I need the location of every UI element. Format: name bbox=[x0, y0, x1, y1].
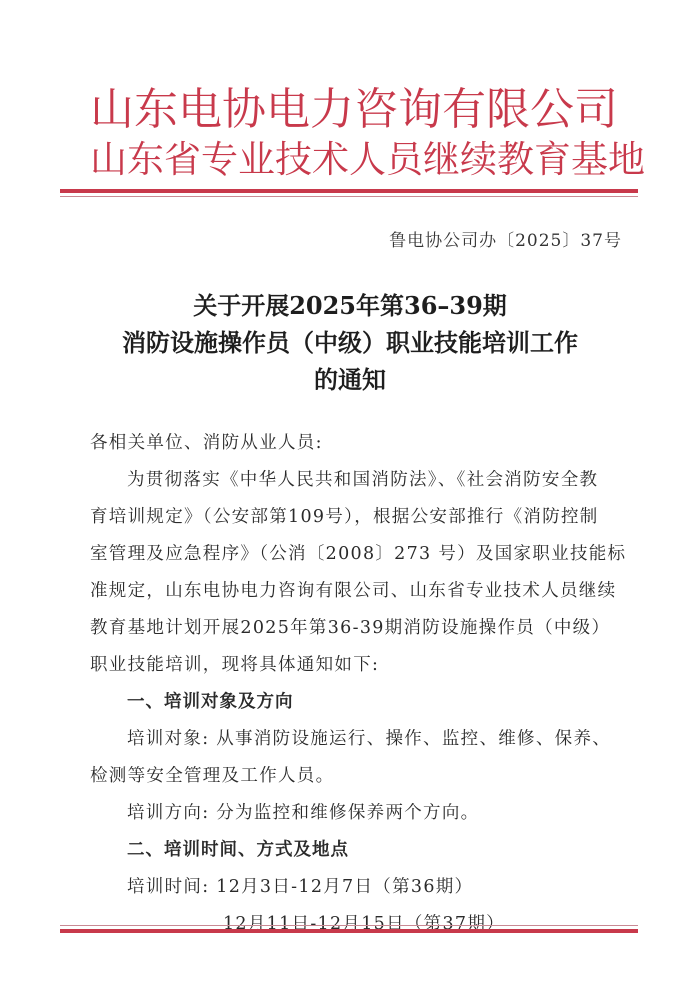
section-1-heading: 一、培训对象及方向 bbox=[127, 688, 294, 713]
header-rule-thin bbox=[60, 196, 638, 197]
intro-line: 职业技能培训，现将具体通知如下: bbox=[90, 651, 379, 676]
training-target-line: 培训对象: 从事消防设施运行、操作、监控、维修、保养、 bbox=[127, 725, 611, 750]
section-2-heading: 二、培训时间、方式及地点 bbox=[127, 836, 349, 861]
intro-line: 教育基地计划开展2025年第36-39期消防设施操作员（中级） bbox=[90, 614, 610, 639]
title-line-2: 消防设施操作员（中级）职业技能培训工作 bbox=[0, 323, 700, 358]
header-rule-thick bbox=[60, 189, 638, 193]
footer-rule-thick bbox=[60, 929, 638, 933]
training-time-label: 培训时间: bbox=[127, 877, 216, 897]
training-direction: 培训方向: 分为监控和维修保养两个方向。 bbox=[127, 799, 479, 824]
training-session: 12月3日-12月7日（第36期） bbox=[216, 877, 473, 897]
document-number: 鲁电协公司办〔2025〕37号 bbox=[389, 226, 622, 251]
intro-line: 室管理及应急程序》（公消〔2008〕273 号）及国家职业技能标 bbox=[90, 540, 626, 565]
title-line-3: 的通知 bbox=[0, 360, 700, 395]
intro-line: 为贯彻落实《中华人民共和国消防法》、《社会消防安全教 bbox=[127, 466, 598, 491]
letterhead-company-name: 山东电协电力咨询有限公司 bbox=[90, 84, 620, 136]
footer-rule-thin bbox=[60, 925, 638, 926]
training-time-row: 培训时间: 12月3日-12月7日（第36期） bbox=[127, 873, 473, 898]
salutation: 各相关单位、消防从业人员: bbox=[90, 429, 323, 454]
letterhead-base-name: 山东省专业技术人员继续教育基地 bbox=[90, 135, 620, 185]
training-target-line: 检测等安全管理及工作人员。 bbox=[90, 762, 334, 787]
intro-line: 准规定，山东电协电力咨询有限公司、山东省专业技术人员继续 bbox=[90, 577, 616, 602]
intro-line: 育培训规定》（公安部第109号），根据公安部推行《消防控制 bbox=[90, 503, 599, 528]
title-line-1: 关于开展2025年第36–39期 bbox=[0, 286, 700, 321]
